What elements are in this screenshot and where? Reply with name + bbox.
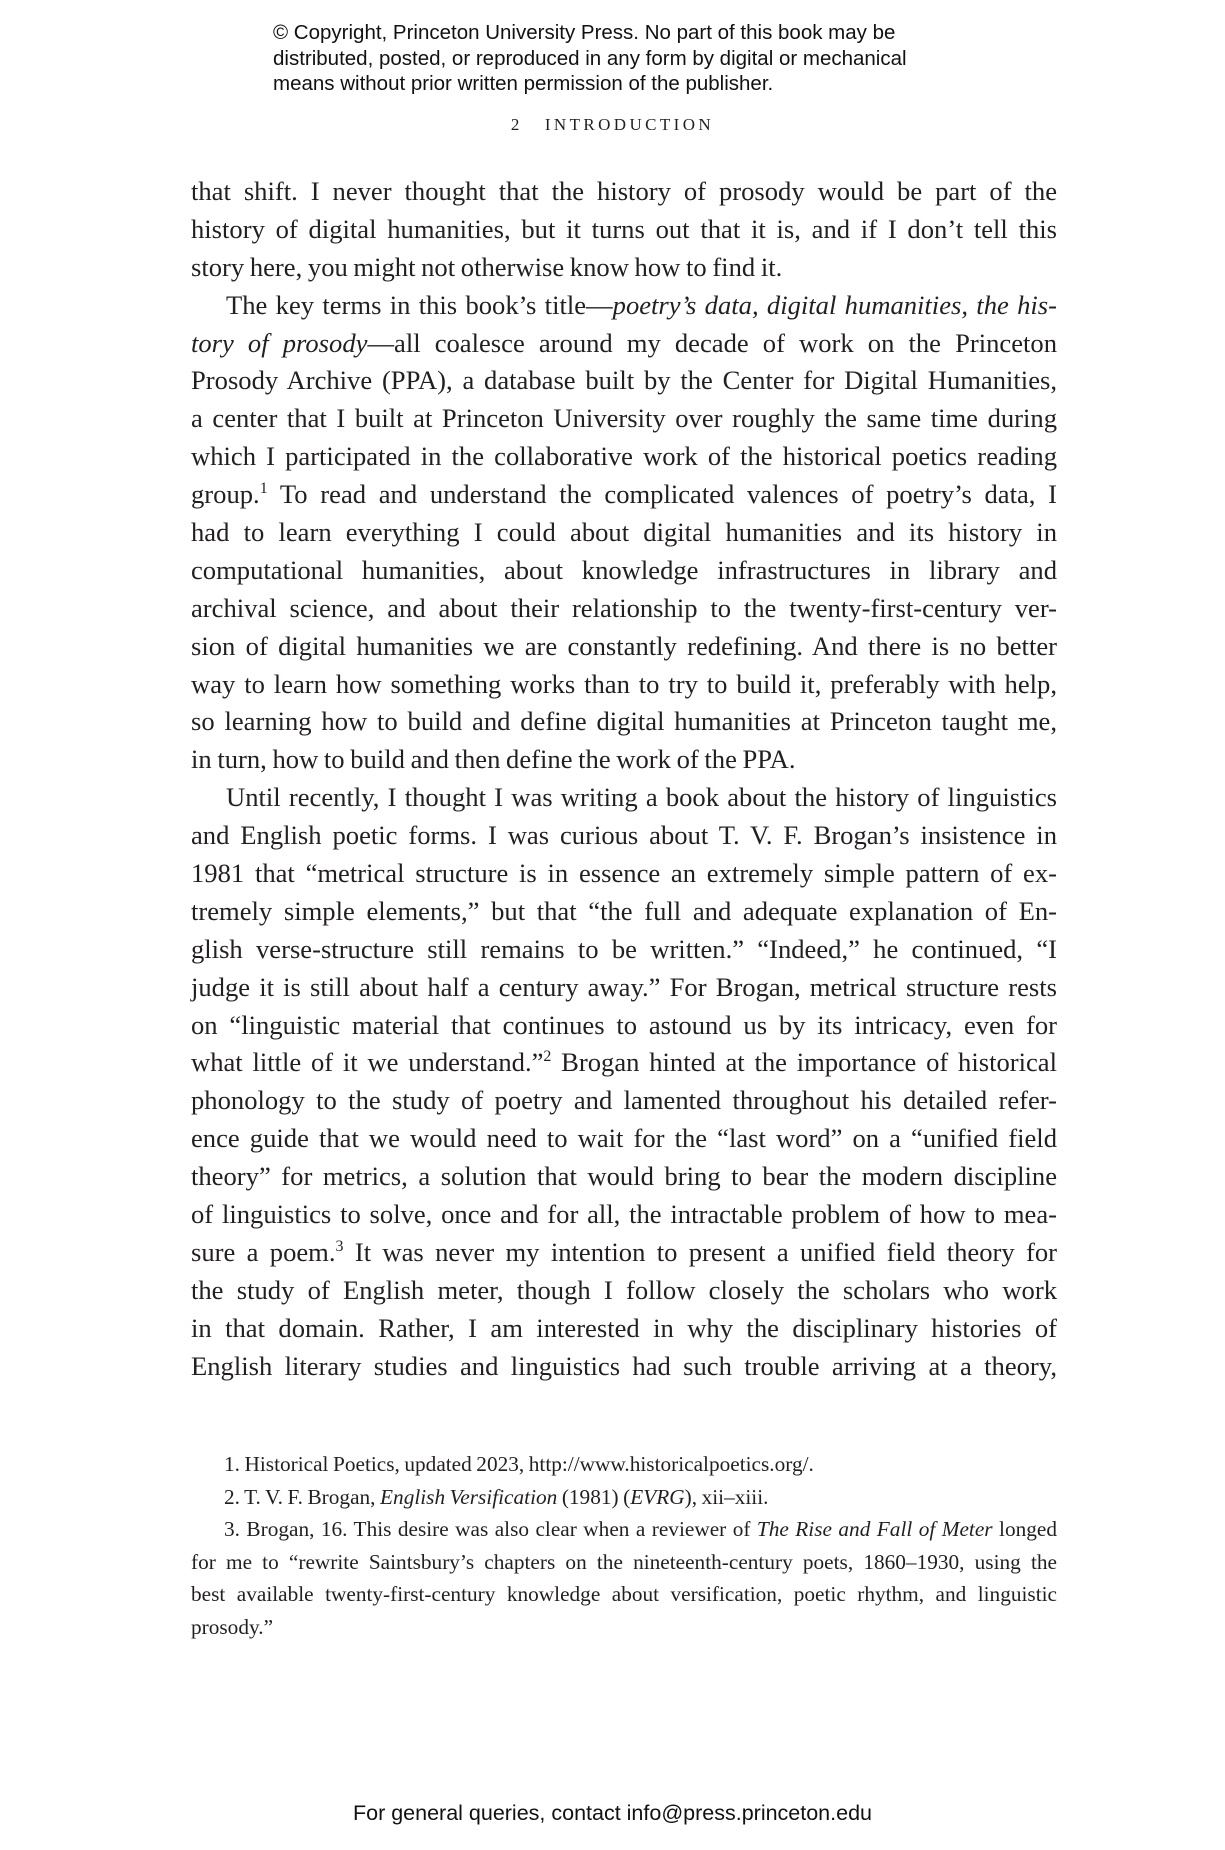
body-line: The key terms in this book’s title—poetr… xyxy=(191,287,1057,325)
body-line: which I participated in the collaborativ… xyxy=(191,438,1057,476)
italic-text: poetry’s data, digital humanities, the h… xyxy=(613,290,1057,320)
text-segment: for me to “rewrite Saintsbury’s chapters… xyxy=(191,1550,1057,1574)
body-line: history of digital humanities, but it tu… xyxy=(191,211,1057,249)
body-line: English literary studies and linguistics… xyxy=(191,1348,1057,1386)
body-line: had to learn everything I could about di… xyxy=(191,514,1057,552)
body-line: sure a poem.3 It was never my intention … xyxy=(191,1234,1057,1272)
text-segment: sure a poem. xyxy=(191,1237,336,1267)
footer-text: For general queries, contact info@press.… xyxy=(353,1801,872,1825)
text-segment: archival science, and about their relati… xyxy=(191,593,1057,623)
footnote-line: 3. Brogan, 16. This desire was also clea… xyxy=(191,1513,1057,1546)
text-segment: on “linguistic material that continues t… xyxy=(191,1010,1057,1040)
text-segment: longed xyxy=(993,1517,1057,1541)
text-segment: which I participated in the collaborativ… xyxy=(191,441,1057,471)
text-segment: theory” for metrics, a solution that wou… xyxy=(191,1161,1057,1191)
text-segment: To read and understand the complicated v… xyxy=(268,479,1057,509)
body-line: Until recently, I thought I was writing … xyxy=(191,779,1057,817)
text-segment: English literary studies and linguistics… xyxy=(191,1351,1057,1381)
body-line: tory of prosody—all coalesce around my d… xyxy=(191,325,1057,363)
text-segment: Until recently, I thought I was writing … xyxy=(226,782,1057,812)
body-line: a center that I built at Princeton Unive… xyxy=(191,400,1057,438)
body-line: sion of digital humanities we are consta… xyxy=(191,628,1057,666)
body-line: ence guide that we would need to wait fo… xyxy=(191,1120,1057,1158)
text-segment: The key terms in this book’s title— xyxy=(226,290,613,320)
text-segment: of linguistics to solve, once and for al… xyxy=(191,1199,1057,1229)
italic-text: EVRG xyxy=(630,1485,684,1509)
text-segment: 1. Historical Poetics, updated 2023, htt… xyxy=(224,1452,814,1476)
text-segment: Prosody Archive (PPA), a database built … xyxy=(191,365,1057,395)
text-segment: —all coalesce around my decade of work o… xyxy=(367,328,1057,358)
footnote-line: best available twenty-first-century know… xyxy=(191,1578,1057,1611)
italic-text: The Rise and Fall of Meter xyxy=(757,1517,993,1541)
text-segment: computational humanities, about knowledg… xyxy=(191,555,1057,585)
text-segment: best available twenty-first-century know… xyxy=(191,1582,1057,1606)
copyright-notice: © Copyright, Princeton University Press.… xyxy=(273,20,993,97)
footnote-reference: 3 xyxy=(336,1238,344,1255)
text-segment: a center that I built at Princeton Unive… xyxy=(191,403,1057,433)
body-line: phonology to the study of poetry and lam… xyxy=(191,1082,1057,1120)
italic-text: tory of prosody xyxy=(191,328,367,358)
body-line: on “linguistic material that continues t… xyxy=(191,1007,1057,1045)
copyright-line: © Copyright, Princeton University Press.… xyxy=(273,20,993,46)
body-line: in turn, how to build and then define th… xyxy=(191,741,1057,779)
body-line: theory” for metrics, a solution that wou… xyxy=(191,1158,1057,1196)
text-segment: Brogan hinted at the importance of histo… xyxy=(551,1047,1057,1077)
body-line: archival science, and about their relati… xyxy=(191,590,1057,628)
text-segment: ence guide that we would need to wait fo… xyxy=(191,1123,1057,1153)
text-segment: prosody.” xyxy=(191,1615,273,1639)
text-segment: 1981 that “metrical structure is in esse… xyxy=(191,858,1057,888)
chapter-title: INTRODUCTION xyxy=(545,115,714,134)
text-segment: 3. Brogan, 16. This desire was also clea… xyxy=(224,1517,757,1541)
running-head: 2INTRODUCTION xyxy=(0,114,1225,136)
body-line: computational humanities, about knowledg… xyxy=(191,552,1057,590)
text-segment: phonology to the study of poetry and lam… xyxy=(191,1085,1057,1115)
body-line: glish verse-structure still remains to b… xyxy=(191,931,1057,969)
text-segment: in turn, how to build and then define th… xyxy=(191,744,796,774)
footer-contact: For general queries, contact info@press.… xyxy=(0,1800,1225,1826)
copyright-line: distributed, posted, or reproduced in an… xyxy=(273,46,993,72)
body-text: that shift. I never thought that the his… xyxy=(191,173,1057,1386)
text-segment: tremely simple elements,” but that “the … xyxy=(191,896,1057,926)
body-line: so learning how to build and define digi… xyxy=(191,703,1057,741)
footnote-line: 1. Historical Poetics, updated 2023, htt… xyxy=(191,1448,1057,1481)
copyright-line: means without prior written permission o… xyxy=(273,71,993,97)
text-segment: story here, you might not otherwise know… xyxy=(191,252,782,282)
body-line: what little of it we understand.”2 Broga… xyxy=(191,1044,1057,1082)
body-line: judge it is still about half a century a… xyxy=(191,969,1057,1007)
body-line: story here, you might not otherwise know… xyxy=(191,249,1057,287)
body-line: way to learn how something works than to… xyxy=(191,666,1057,704)
text-segment: sion of digital humanities we are consta… xyxy=(191,631,1057,661)
footnote-line: for me to “rewrite Saintsbury’s chapters… xyxy=(191,1546,1057,1579)
page-number: 2 xyxy=(511,115,523,134)
body-line: 1981 that “metrical structure is in esse… xyxy=(191,855,1057,893)
text-segment: way to learn how something works than to… xyxy=(191,669,1057,699)
body-line: Prosody Archive (PPA), a database built … xyxy=(191,362,1057,400)
footnote-line: 2. T. V. F. Brogan, English Versificatio… xyxy=(191,1481,1057,1514)
text-segment: glish verse-structure still remains to b… xyxy=(191,934,1057,964)
text-segment: ), xii–xiii. xyxy=(685,1485,769,1509)
body-line: and English poetic forms. I was curious … xyxy=(191,817,1057,855)
text-segment: had to learn everything I could about di… xyxy=(191,517,1057,547)
text-segment: that shift. I never thought that the his… xyxy=(191,176,1057,206)
text-segment: group. xyxy=(191,479,260,509)
text-segment: 2. T. V. F. Brogan, xyxy=(224,1485,380,1509)
text-segment: the study of English meter, though I fol… xyxy=(191,1275,1057,1305)
footnotes: 1. Historical Poetics, updated 2023, htt… xyxy=(191,1448,1057,1643)
body-line: the study of English meter, though I fol… xyxy=(191,1272,1057,1310)
body-line: in that domain. Rather, I am interested … xyxy=(191,1310,1057,1348)
text-segment: so learning how to build and define digi… xyxy=(191,706,1057,736)
text-segment: and English poetic forms. I was curious … xyxy=(191,820,1057,850)
text-segment: in that domain. Rather, I am interested … xyxy=(191,1313,1057,1343)
body-line: of linguistics to solve, once and for al… xyxy=(191,1196,1057,1234)
text-segment: what little of it we understand.” xyxy=(191,1047,543,1077)
text-segment: (1981) ( xyxy=(557,1485,630,1509)
text-segment: judge it is still about half a century a… xyxy=(191,972,1057,1002)
italic-text: English Versification xyxy=(380,1485,557,1509)
body-line: group.1 To read and understand the compl… xyxy=(191,476,1057,514)
body-line: tremely simple elements,” but that “the … xyxy=(191,893,1057,931)
body-line: that shift. I never thought that the his… xyxy=(191,173,1057,211)
text-segment: history of digital humanities, but it tu… xyxy=(191,214,1057,244)
text-segment: It was never my intention to present a u… xyxy=(344,1237,1058,1267)
footnote-line: prosody.” xyxy=(191,1611,1057,1644)
footnote-reference: 1 xyxy=(260,480,268,497)
